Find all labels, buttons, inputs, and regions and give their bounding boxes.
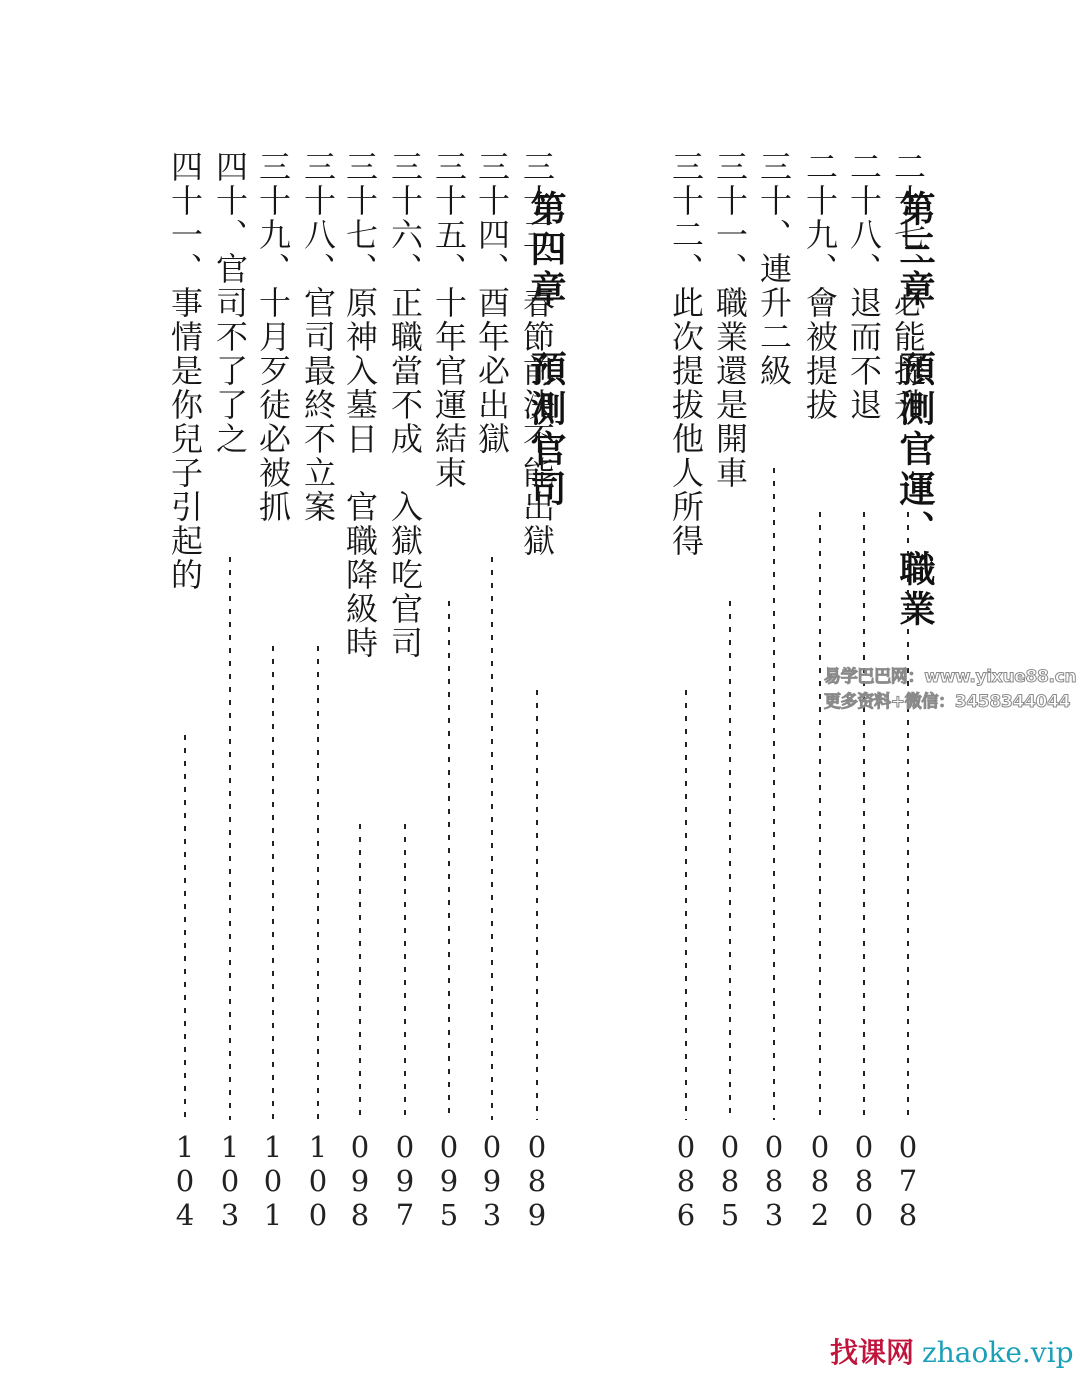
toc-page-number: 098 [345, 1130, 375, 1232]
toc-leader-dots [404, 824, 406, 1121]
page-digit: 3 [759, 1198, 789, 1232]
toc-leader-dots [491, 557, 493, 1121]
toc-leader-dots [184, 735, 186, 1121]
page-digit: 9 [345, 1164, 375, 1198]
watermark-zhaoke-cn: 找课网 [830, 1336, 914, 1369]
toc-leader-dots [448, 601, 450, 1120]
page-digit: 0 [715, 1130, 745, 1164]
toc-page-number: 100 [303, 1130, 333, 1232]
toc-entry-title: 二十八、退而不退 [844, 150, 884, 422]
toc-entry-title: 三十九、十月歹徒必被抓 [253, 150, 293, 524]
page-digit: 1 [258, 1198, 288, 1232]
page-digit: 9 [434, 1164, 464, 1198]
toc-page-number: 103 [215, 1130, 245, 1232]
watermark-zhaoke-en: zhaoke.vip [922, 1336, 1073, 1369]
page-digit: 8 [671, 1164, 701, 1198]
toc-entry-title: 三十五、十年官運結束 [429, 150, 469, 490]
toc-page-number: 095 [434, 1130, 464, 1232]
toc-leader-dots [729, 601, 731, 1120]
toc-entry-title: 四十、官司不了了之 [210, 150, 250, 456]
page-digit: 0 [893, 1130, 923, 1164]
toc-leader-dots [819, 512, 821, 1120]
page-digit: 0 [477, 1130, 507, 1164]
page-digit: 0 [805, 1130, 835, 1164]
page-digit: 3 [477, 1198, 507, 1232]
toc-leader-dots [773, 468, 775, 1121]
toc-page-number: 082 [805, 1130, 835, 1232]
page-digit: 0 [345, 1130, 375, 1164]
page-digit: 1 [258, 1130, 288, 1164]
page-digit: 1 [303, 1130, 333, 1164]
watermark-yixue88: 易学巴巴网：www.yixue88.cn 更多资料+微信：3458344044 [824, 665, 1076, 715]
toc-entry-title: 三十一、職業還是開車 [710, 150, 750, 490]
toc-page-number: 085 [715, 1130, 745, 1232]
watermark-wechat-line: 更多资料+微信：3458344044 [824, 690, 1076, 715]
page-digit: 5 [715, 1198, 745, 1232]
toc-page-number: 089 [522, 1130, 552, 1232]
toc-entry-title: 三十二、此次提拔他人所得 [666, 150, 706, 558]
toc-entry-title: 三十、連升二級 [754, 150, 794, 388]
page-digit: 0 [303, 1164, 333, 1198]
toc-page-number: 093 [477, 1130, 507, 1232]
toc-entry-title: 三十七、原神入墓日 官職降級時 [340, 150, 380, 660]
page-digit: 8 [893, 1198, 923, 1232]
toc-leader-dots [907, 512, 909, 1120]
toc-leader-dots [685, 690, 687, 1120]
page-digit: 8 [345, 1198, 375, 1232]
page-digit: 0 [215, 1164, 245, 1198]
page-digit: 0 [170, 1164, 200, 1198]
watermark-site-line: 易学巴巴网：www.yixue88.cn [824, 665, 1076, 690]
page-digit: 7 [893, 1164, 923, 1198]
toc-entry-title: 二十九、會被提拔 [800, 150, 840, 422]
page-digit: 8 [522, 1164, 552, 1198]
page-digit: 9 [390, 1164, 420, 1198]
toc-leader-dots [272, 646, 274, 1121]
page-digit: 9 [477, 1164, 507, 1198]
chapter-3-heading: 第三章 預測官運、職業 [940, 98, 990, 630]
chapter-4-heading: 第四章 預測官司 [571, 98, 621, 510]
page-digit: 1 [170, 1130, 200, 1164]
toc-entry-title: 二十七、必能提升 [888, 150, 928, 422]
page-digit: 5 [434, 1198, 464, 1232]
toc-entry-title: 三十八、官司最終不立案 [298, 150, 338, 524]
toc-page-number: 078 [893, 1130, 923, 1232]
page-digit: 0 [522, 1130, 552, 1164]
watermark-zhaoke: 找课网zhaoke.vip [830, 1335, 1074, 1371]
toc-leader-dots [317, 646, 319, 1121]
toc-entry-title: 四十一、事情是你兒子引起的 [165, 150, 205, 592]
page-digit: 1 [215, 1130, 245, 1164]
toc-page-number: 101 [258, 1130, 288, 1232]
page-digit: 0 [759, 1130, 789, 1164]
page-digit: 0 [434, 1130, 464, 1164]
page-digit: 8 [759, 1164, 789, 1198]
toc-entry-title: 三十六、正職當不成 入獄吃官司 [385, 150, 425, 660]
toc-page-number: 086 [671, 1130, 701, 1232]
page-digit: 0 [849, 1130, 879, 1164]
toc-leader-dots [863, 512, 865, 1120]
page-digit: 0 [303, 1198, 333, 1232]
page-digit: 0 [671, 1130, 701, 1164]
toc-entry-title: 三十四、酉年必出獄 [472, 150, 512, 456]
toc-page-number: 104 [170, 1130, 200, 1232]
toc-leader-dots [536, 690, 538, 1120]
toc-leader-dots [359, 824, 361, 1121]
toc-entry-title: 三十三、春節前決不能出獄 [517, 150, 557, 558]
page-digit: 4 [170, 1198, 200, 1232]
page-digit: 0 [849, 1198, 879, 1232]
page-digit: 0 [390, 1130, 420, 1164]
toc-page-number: 083 [759, 1130, 789, 1232]
toc-page-number: 097 [390, 1130, 420, 1232]
page-digit: 9 [522, 1198, 552, 1232]
page-digit: 2 [805, 1198, 835, 1232]
page-digit: 8 [849, 1164, 879, 1198]
page-digit: 8 [805, 1164, 835, 1198]
toc-leader-dots [229, 557, 231, 1121]
page-digit: 7 [390, 1198, 420, 1232]
toc-page-number: 080 [849, 1130, 879, 1232]
page-digit: 6 [671, 1198, 701, 1232]
page-digit: 0 [258, 1164, 288, 1198]
page-digit: 8 [715, 1164, 745, 1198]
page-digit: 3 [215, 1198, 245, 1232]
